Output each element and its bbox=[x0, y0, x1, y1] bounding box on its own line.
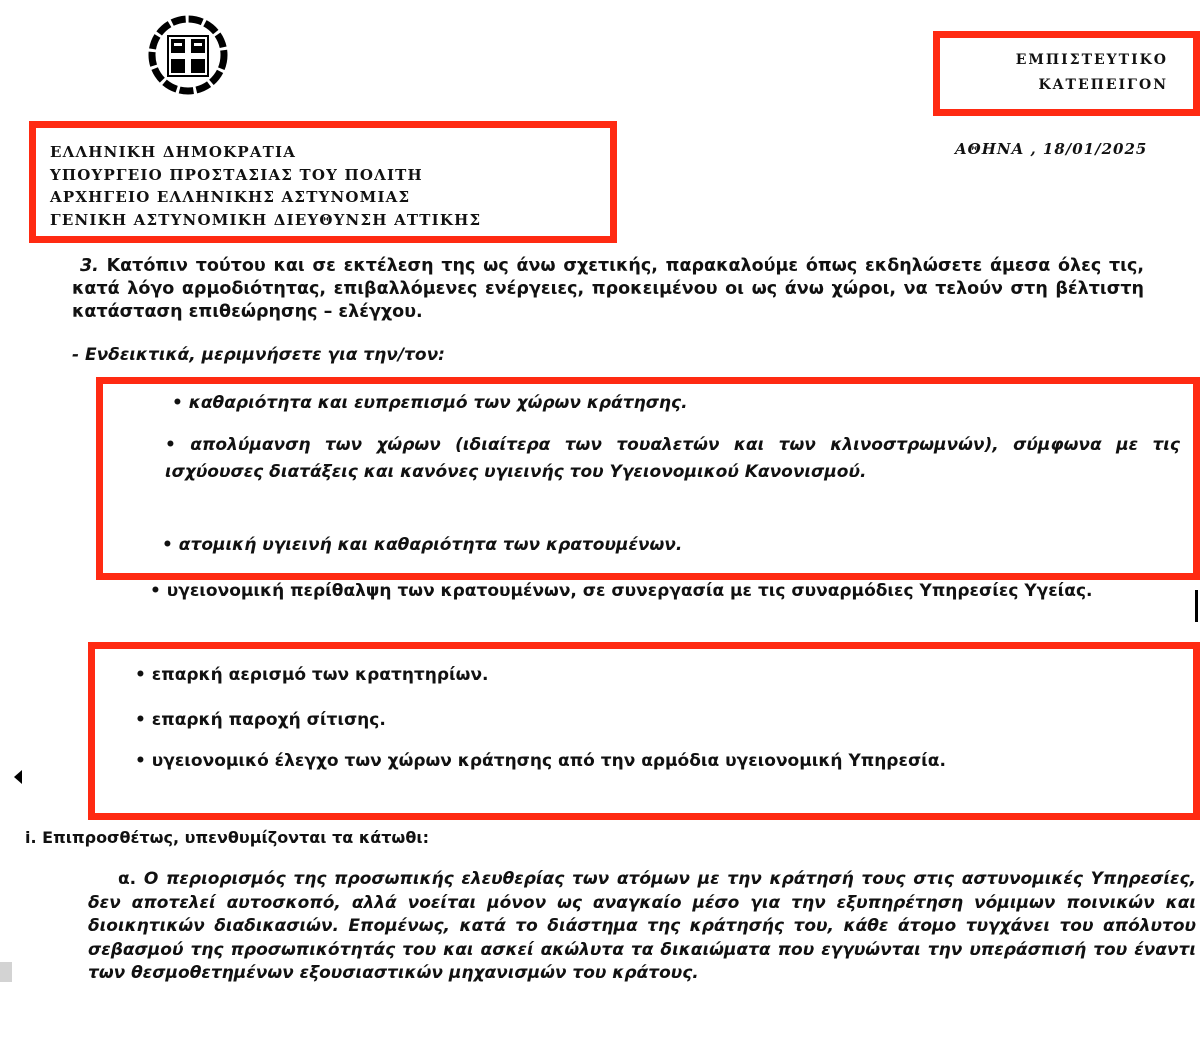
header-line: ΑΡΧΗΓΕΙΟ ΕΛΛΗΝΙΚΗΣ ΑΣΤΥΝΟΜΙΑΣ bbox=[50, 186, 481, 209]
lead-in-text: - Ενδεικτικά, μεριμνήσετε για την/τον: bbox=[72, 345, 445, 365]
classification-line: ΚΑΤΕΠΕΙΓΟΝ bbox=[968, 73, 1168, 98]
classification-label: ΕΜΠΙΣΤΕΥΤΙΚΟ ΚΑΤΕΠΕΙΓΟΝ bbox=[968, 48, 1168, 98]
greek-coat-of-arms-icon bbox=[138, 14, 238, 96]
list-item: • υγειονομική περίθαλψη των κρατουμένων,… bbox=[150, 578, 1200, 605]
paragraph-3: 3. Κατόπιν τούτου και σε εκτέλεση της ως… bbox=[72, 255, 1144, 324]
list-item: • επαρκή αερισμό των κρατητηρίων. bbox=[135, 662, 488, 689]
paragraph-text: Κατόπιν τούτου και σε εκτέλεση της ως άν… bbox=[72, 256, 1144, 322]
margin-mark-icon bbox=[14, 770, 22, 784]
list-item: • επαρκή παροχή σίτισης. bbox=[135, 707, 386, 734]
header-line: ΓΕΝΙΚΗ ΑΣΤΥΝΟΜΙΚΗ ΔΙΕΥΘΥΝΣΗ ΑΤΤΙΚΗΣ bbox=[50, 209, 481, 232]
paragraph-label: α. bbox=[118, 869, 136, 889]
paragraph-number: 3. bbox=[80, 256, 99, 276]
issuing-authority-header: ΕΛΛΗΝΙΚΗ ΔΗΜΟΚΡΑΤΙΑ ΥΠΟΥΡΓΕΙΟ ΠΡΟΣΤΑΣΙΑΣ… bbox=[50, 141, 481, 231]
section-heading: i. Επιπροσθέτως, υπενθυμίζονται τα κάτωθ… bbox=[25, 828, 429, 847]
header-line: ΥΠΟΥΡΓΕΙΟ ΠΡΟΣΤΑΣΙΑΣ ΤΟΥ ΠΟΛΙΤΗ bbox=[50, 164, 481, 187]
list-item: • υγειονομικό έλεγχο των χώρων κράτησης … bbox=[135, 748, 1180, 775]
city-date: ΑΘΗΝΑ , 18/01/2025 bbox=[955, 140, 1147, 158]
header-line: ΕΛΛΗΝΙΚΗ ΔΗΜΟΚΡΑΤΙΑ bbox=[50, 141, 481, 164]
scan-artifact bbox=[0, 962, 12, 982]
list-item: • ατομική υγιεινή και καθαριότητα των κρ… bbox=[162, 532, 682, 559]
list-item: • απολύμανση των χώρων (ιδιαίτερα των το… bbox=[165, 432, 1180, 486]
classification-line: ΕΜΠΙΣΤΕΥΤΙΚΟ bbox=[968, 48, 1168, 73]
margin-bar bbox=[1195, 590, 1198, 622]
paragraph-a: α. Ο περιορισμός της προσωπικής ελευθερί… bbox=[88, 868, 1196, 986]
paragraph-text: Ο περιορισμός της προσωπικής ελευθερίας … bbox=[88, 869, 1196, 983]
list-item: • καθαριότητα και ευπρεπισμό των χώρων κ… bbox=[172, 390, 688, 417]
